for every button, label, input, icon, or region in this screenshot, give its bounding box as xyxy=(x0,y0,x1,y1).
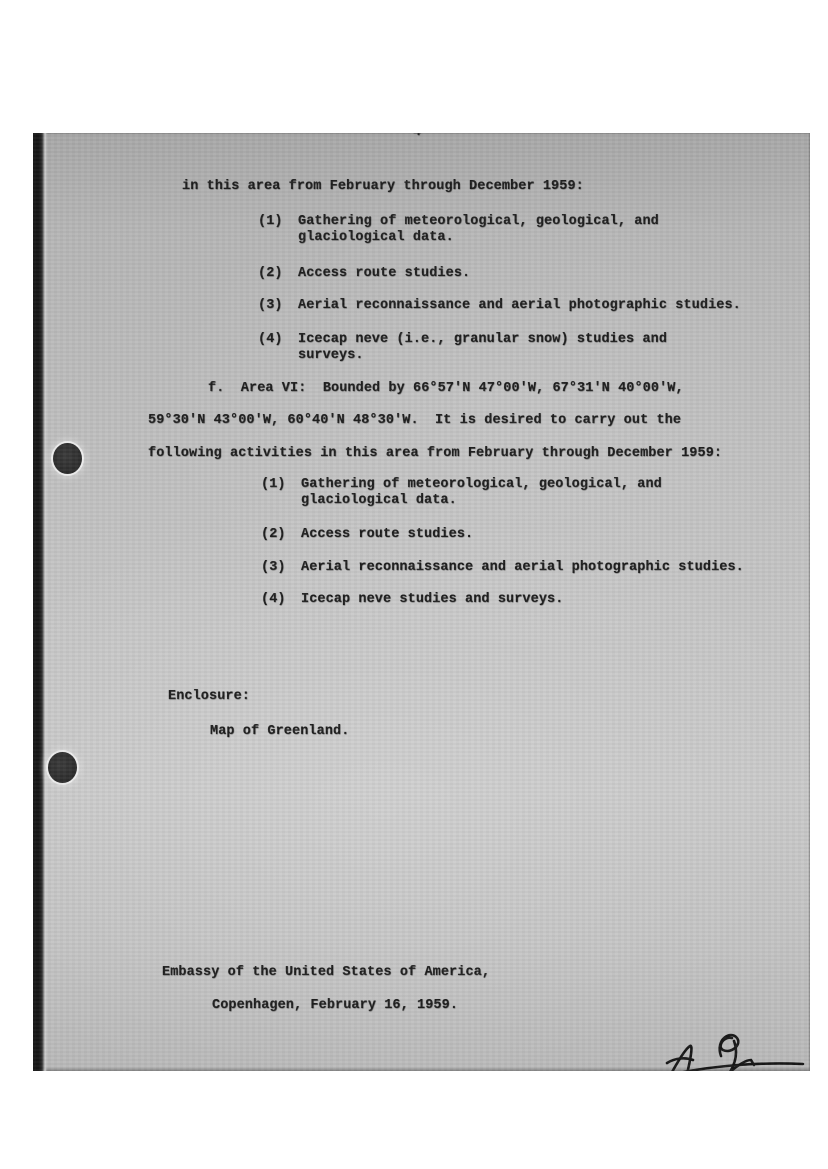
list-item: (1) Gathering of meteorological, geologi… xyxy=(258,214,659,245)
hole-punch-bottom xyxy=(48,752,77,783)
list-item-text: glaciological data. xyxy=(301,493,662,509)
list-item: (1) Gathering of meteorological, geologi… xyxy=(261,477,662,508)
list-item: (3) Aerial reconnaissance and aerial pho… xyxy=(261,560,744,576)
list-item-text: Aerial reconnaissance and aerial photogr… xyxy=(298,298,741,314)
list-item-number: (4) xyxy=(258,332,298,363)
list-item-text: Icecap neve (i.e., granular snow) studie… xyxy=(298,332,667,348)
list-item: (4) Icecap neve studies and surveys. xyxy=(261,592,563,608)
list-item: (2) Access route studies. xyxy=(261,527,473,543)
enclosure-label: Enclosure: xyxy=(168,689,250,705)
closing-embassy-line: Embassy of the United States of America, xyxy=(162,965,490,981)
list-item-number: (2) xyxy=(258,266,298,282)
document-page: - 4 - in this area from February through… xyxy=(0,0,828,1169)
list-item-text: surveys. xyxy=(298,348,667,364)
enclosure-item: Map of Greenland. xyxy=(210,724,349,740)
list-item-text: Aerial reconnaissance and aerial photogr… xyxy=(301,560,744,576)
page-number: - 4 - xyxy=(33,133,810,140)
list-item-text: Gathering of meteorological, geological,… xyxy=(298,214,659,230)
scanned-document: - 4 - in this area from February through… xyxy=(33,133,810,1071)
area-vi-paragraph-line: f. Area VI: Bounded by 66°57'N 47°00'W, … xyxy=(208,381,684,397)
list-item-text: Access route studies. xyxy=(298,266,470,282)
list-item-text: Gathering of meteorological, geological,… xyxy=(301,477,662,493)
list-item-number: (3) xyxy=(258,298,298,314)
list-item-number: (1) xyxy=(261,477,301,508)
area-vi-paragraph-line: 59°30'N 43°00'W, 60°40'N 48°30'W. It is … xyxy=(148,413,681,429)
area-vi-paragraph-line: following activities in this area from F… xyxy=(148,446,722,462)
list-item-number: (2) xyxy=(261,527,301,543)
list-item-number: (4) xyxy=(261,592,301,608)
list-item: (3) Aerial reconnaissance and aerial pho… xyxy=(258,298,741,314)
list-item-number: (1) xyxy=(258,214,298,245)
list-item: (4) Icecap neve (i.e., granular snow) st… xyxy=(258,332,667,363)
list-item-number: (3) xyxy=(261,560,301,576)
list-item-text: Icecap neve studies and surveys. xyxy=(301,592,563,608)
intro-line: in this area from February through Decem… xyxy=(182,179,584,195)
hole-punch-top xyxy=(53,443,82,474)
list-item: (2) Access route studies. xyxy=(258,266,470,282)
list-item-text: Access route studies. xyxy=(301,527,473,543)
scan-left-edge xyxy=(33,133,47,1071)
signature xyxy=(633,1029,810,1071)
list-item-text: glaciological data. xyxy=(298,230,659,246)
closing-date-line: Copenhagen, February 16, 1959. xyxy=(212,998,458,1014)
